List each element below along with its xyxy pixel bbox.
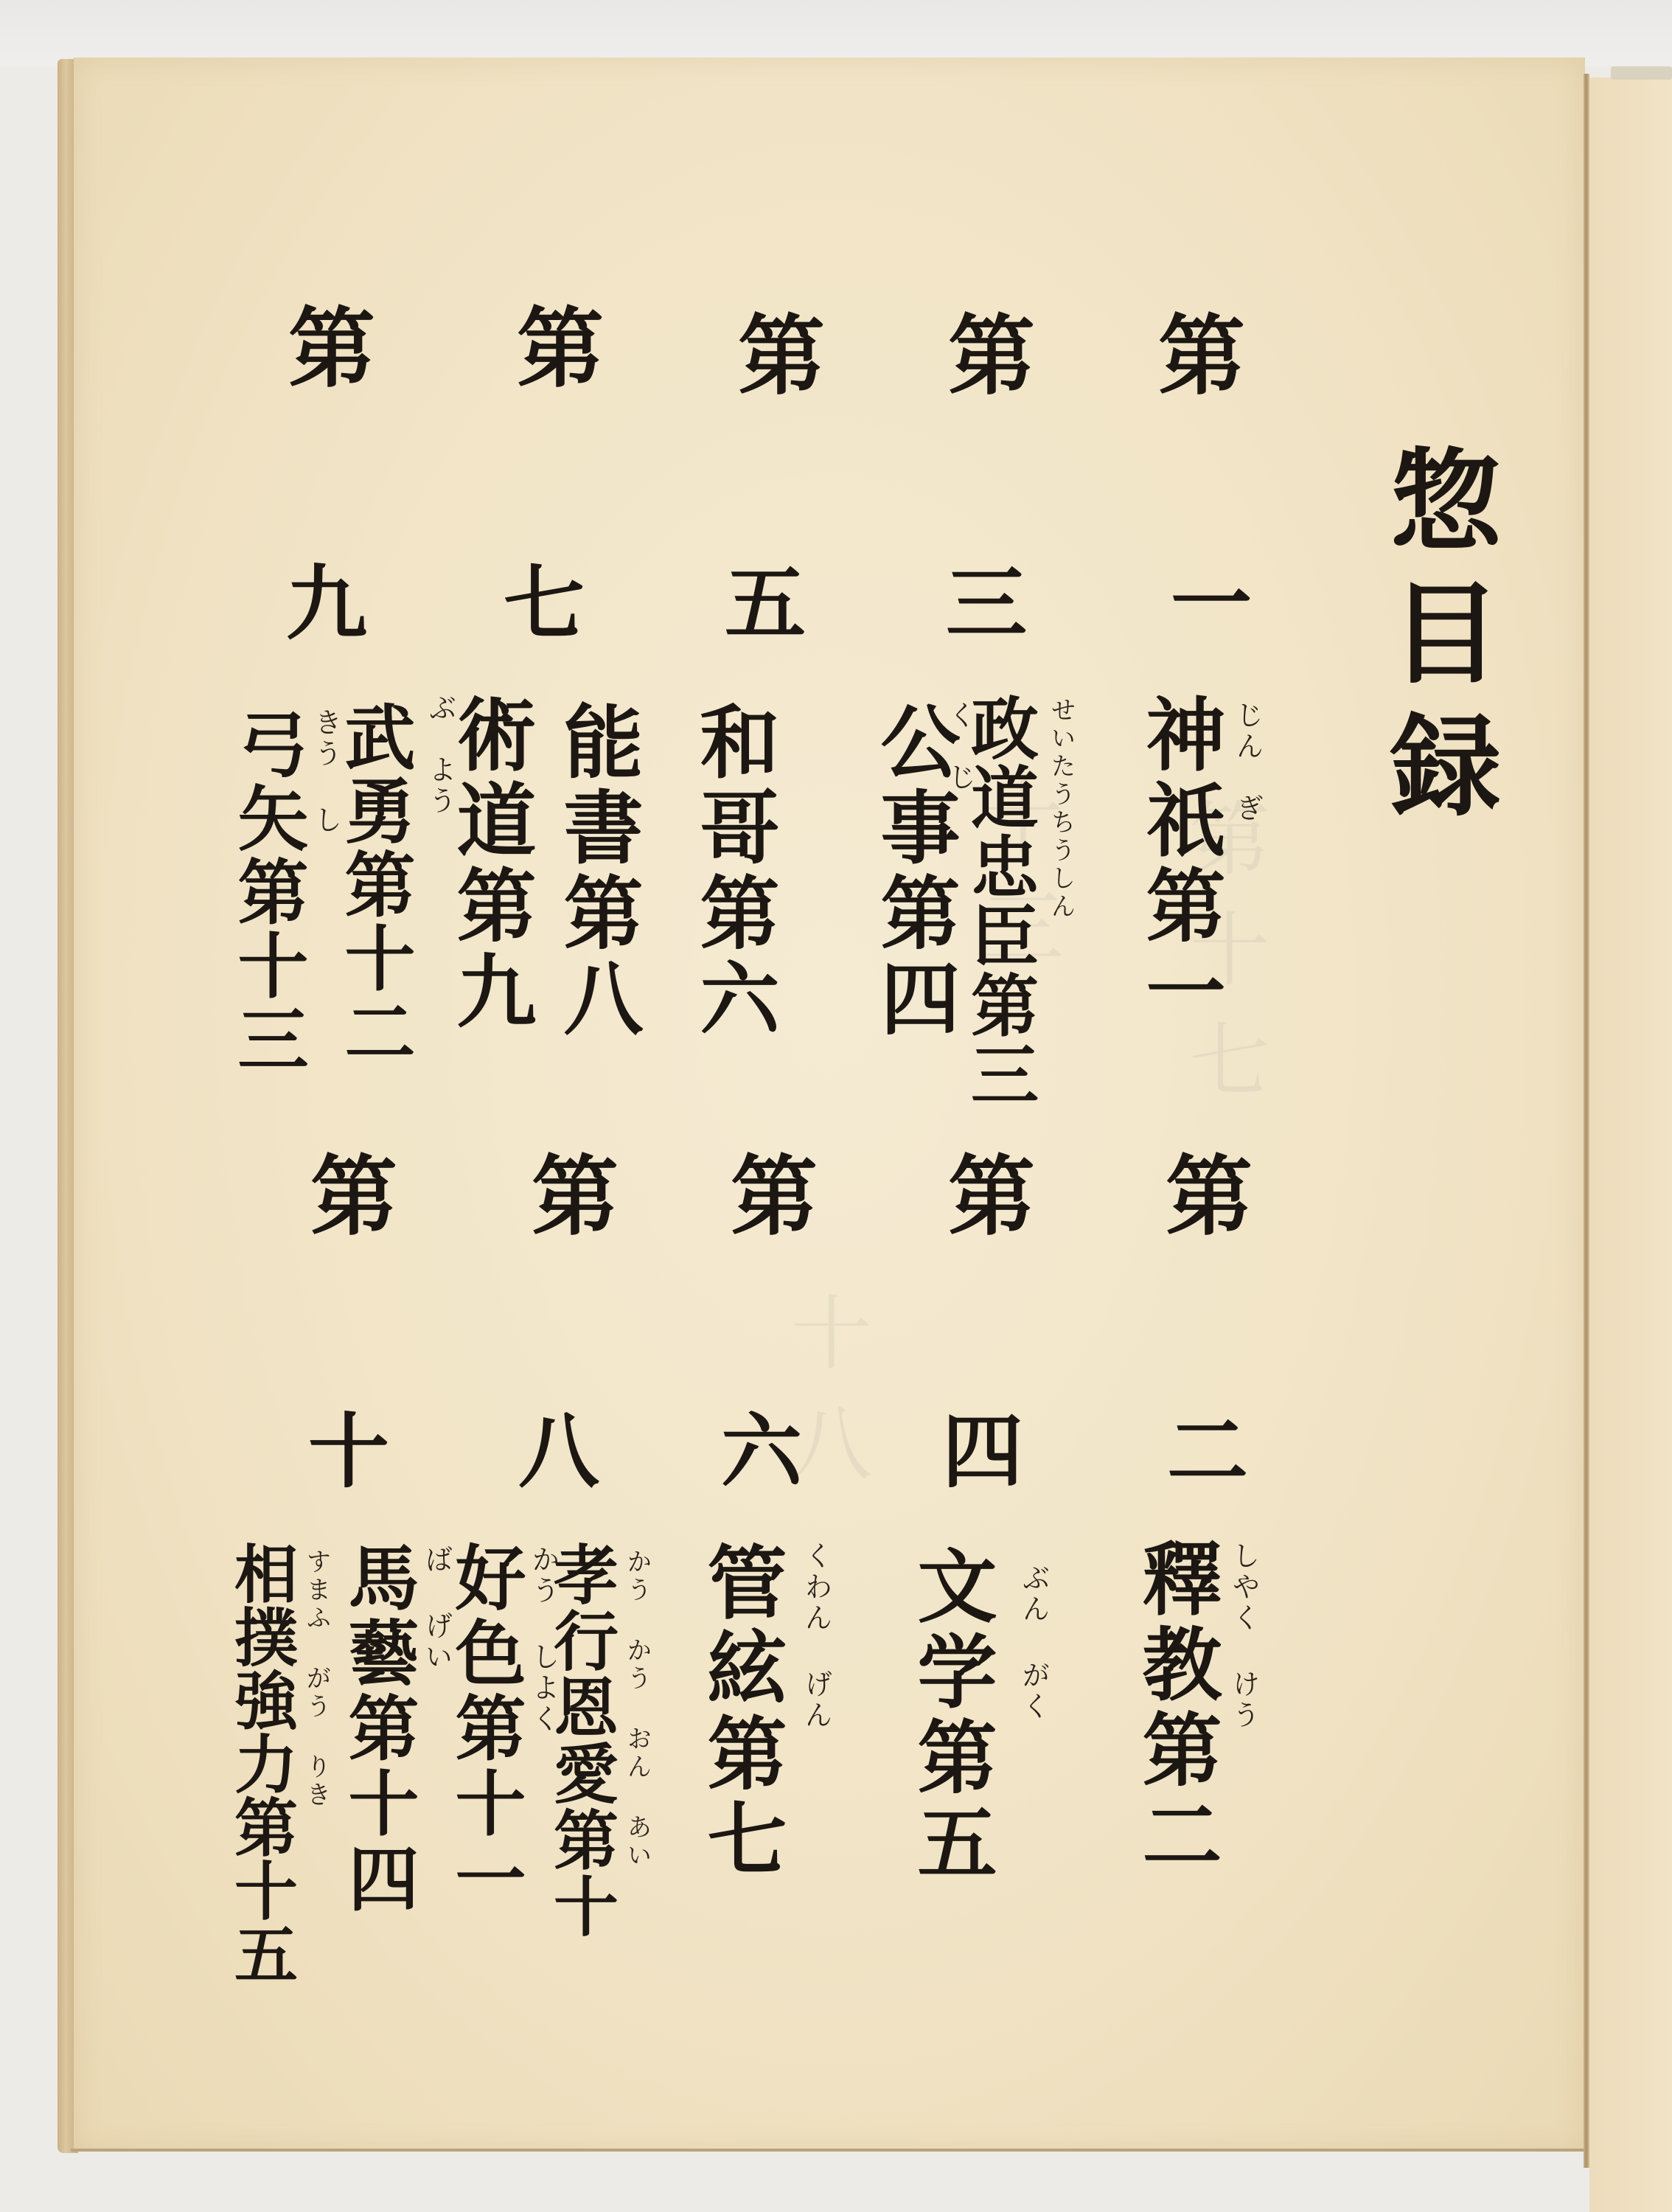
furigana: しやく けう xyxy=(1224,1541,1264,1731)
toc-entry: 神祇第一 xyxy=(1139,693,1219,1035)
furigana: かう しよく xyxy=(523,1545,564,1735)
book-gutter xyxy=(1584,74,1589,2168)
chapter-label-dai: 第 xyxy=(1139,1150,1264,1237)
furigana: きう し xyxy=(306,708,346,836)
furigana: かう かう おん あい xyxy=(619,1548,655,1870)
chapter-numeral: 三 xyxy=(922,560,1038,641)
toc-entry: 管絃第七 xyxy=(700,1541,780,1883)
chapter-label-dai: 第 xyxy=(262,302,387,389)
toc-entry: 能書第八 xyxy=(557,700,636,1043)
toc-entry: 和哥第六 xyxy=(693,700,773,1043)
furigana: くわん げん xyxy=(796,1541,837,1731)
furigana: く じ xyxy=(940,700,980,793)
furigana: せいたうちうしん xyxy=(1043,697,1079,921)
chapter-numeral: 四 xyxy=(918,1408,1034,1489)
binding-thread xyxy=(1611,66,1672,80)
photo-backdrop xyxy=(0,0,1672,66)
toc-entry: 術道第九 xyxy=(450,693,529,1035)
chapter-numeral: 七 xyxy=(479,560,596,641)
chapter-numeral: 一 xyxy=(1146,560,1263,641)
chapter-numeral: 九 xyxy=(262,560,378,641)
chapter-numeral: 二 xyxy=(1143,1408,1259,1489)
toc-entry: 武勇第十二 xyxy=(339,700,410,1069)
page-bottom-edge xyxy=(71,2149,1604,2152)
toc-entry: 弓矢第十三 xyxy=(232,708,303,1077)
chapter-label-dai: 第 xyxy=(1132,310,1257,397)
toc-entry: 釋教第二 xyxy=(1135,1537,1215,1879)
furigana: じん ぎ xyxy=(1227,700,1268,824)
toc-entry: 文学第五 xyxy=(910,1545,990,1887)
toc-entry: 好色第十一 xyxy=(450,1541,520,1917)
furigana: ぶ よう xyxy=(420,693,461,817)
chapter-numeral: 五 xyxy=(700,560,817,641)
chapter-label-dai: 第 xyxy=(284,1150,409,1237)
chapter-label-dai: 第 xyxy=(922,310,1047,397)
furigana: すまふ がう りき xyxy=(299,1548,335,1809)
furigana: ば げい xyxy=(417,1545,457,1673)
chapter-label-dai: 第 xyxy=(711,310,837,397)
furigana: ぶん がく xyxy=(1014,1563,1054,1722)
chapter-label-dai: 第 xyxy=(505,1150,630,1237)
chapter-label-dai: 第 xyxy=(490,302,616,389)
chapter-label-dai: 第 xyxy=(922,1150,1047,1237)
toc-entry: 馬藝第十四 xyxy=(343,1541,414,1917)
chapter-numeral: 十 xyxy=(284,1408,400,1489)
facing-page-strip xyxy=(1589,77,1672,2212)
page-title: 惣目録 xyxy=(1356,442,1516,841)
chapter-numeral: 八 xyxy=(494,1408,610,1489)
toc-entry: 相撲強力第十五 xyxy=(229,1541,292,1985)
chapter-numeral: 六 xyxy=(697,1408,813,1489)
chapter-label-dai: 第 xyxy=(704,1150,829,1237)
